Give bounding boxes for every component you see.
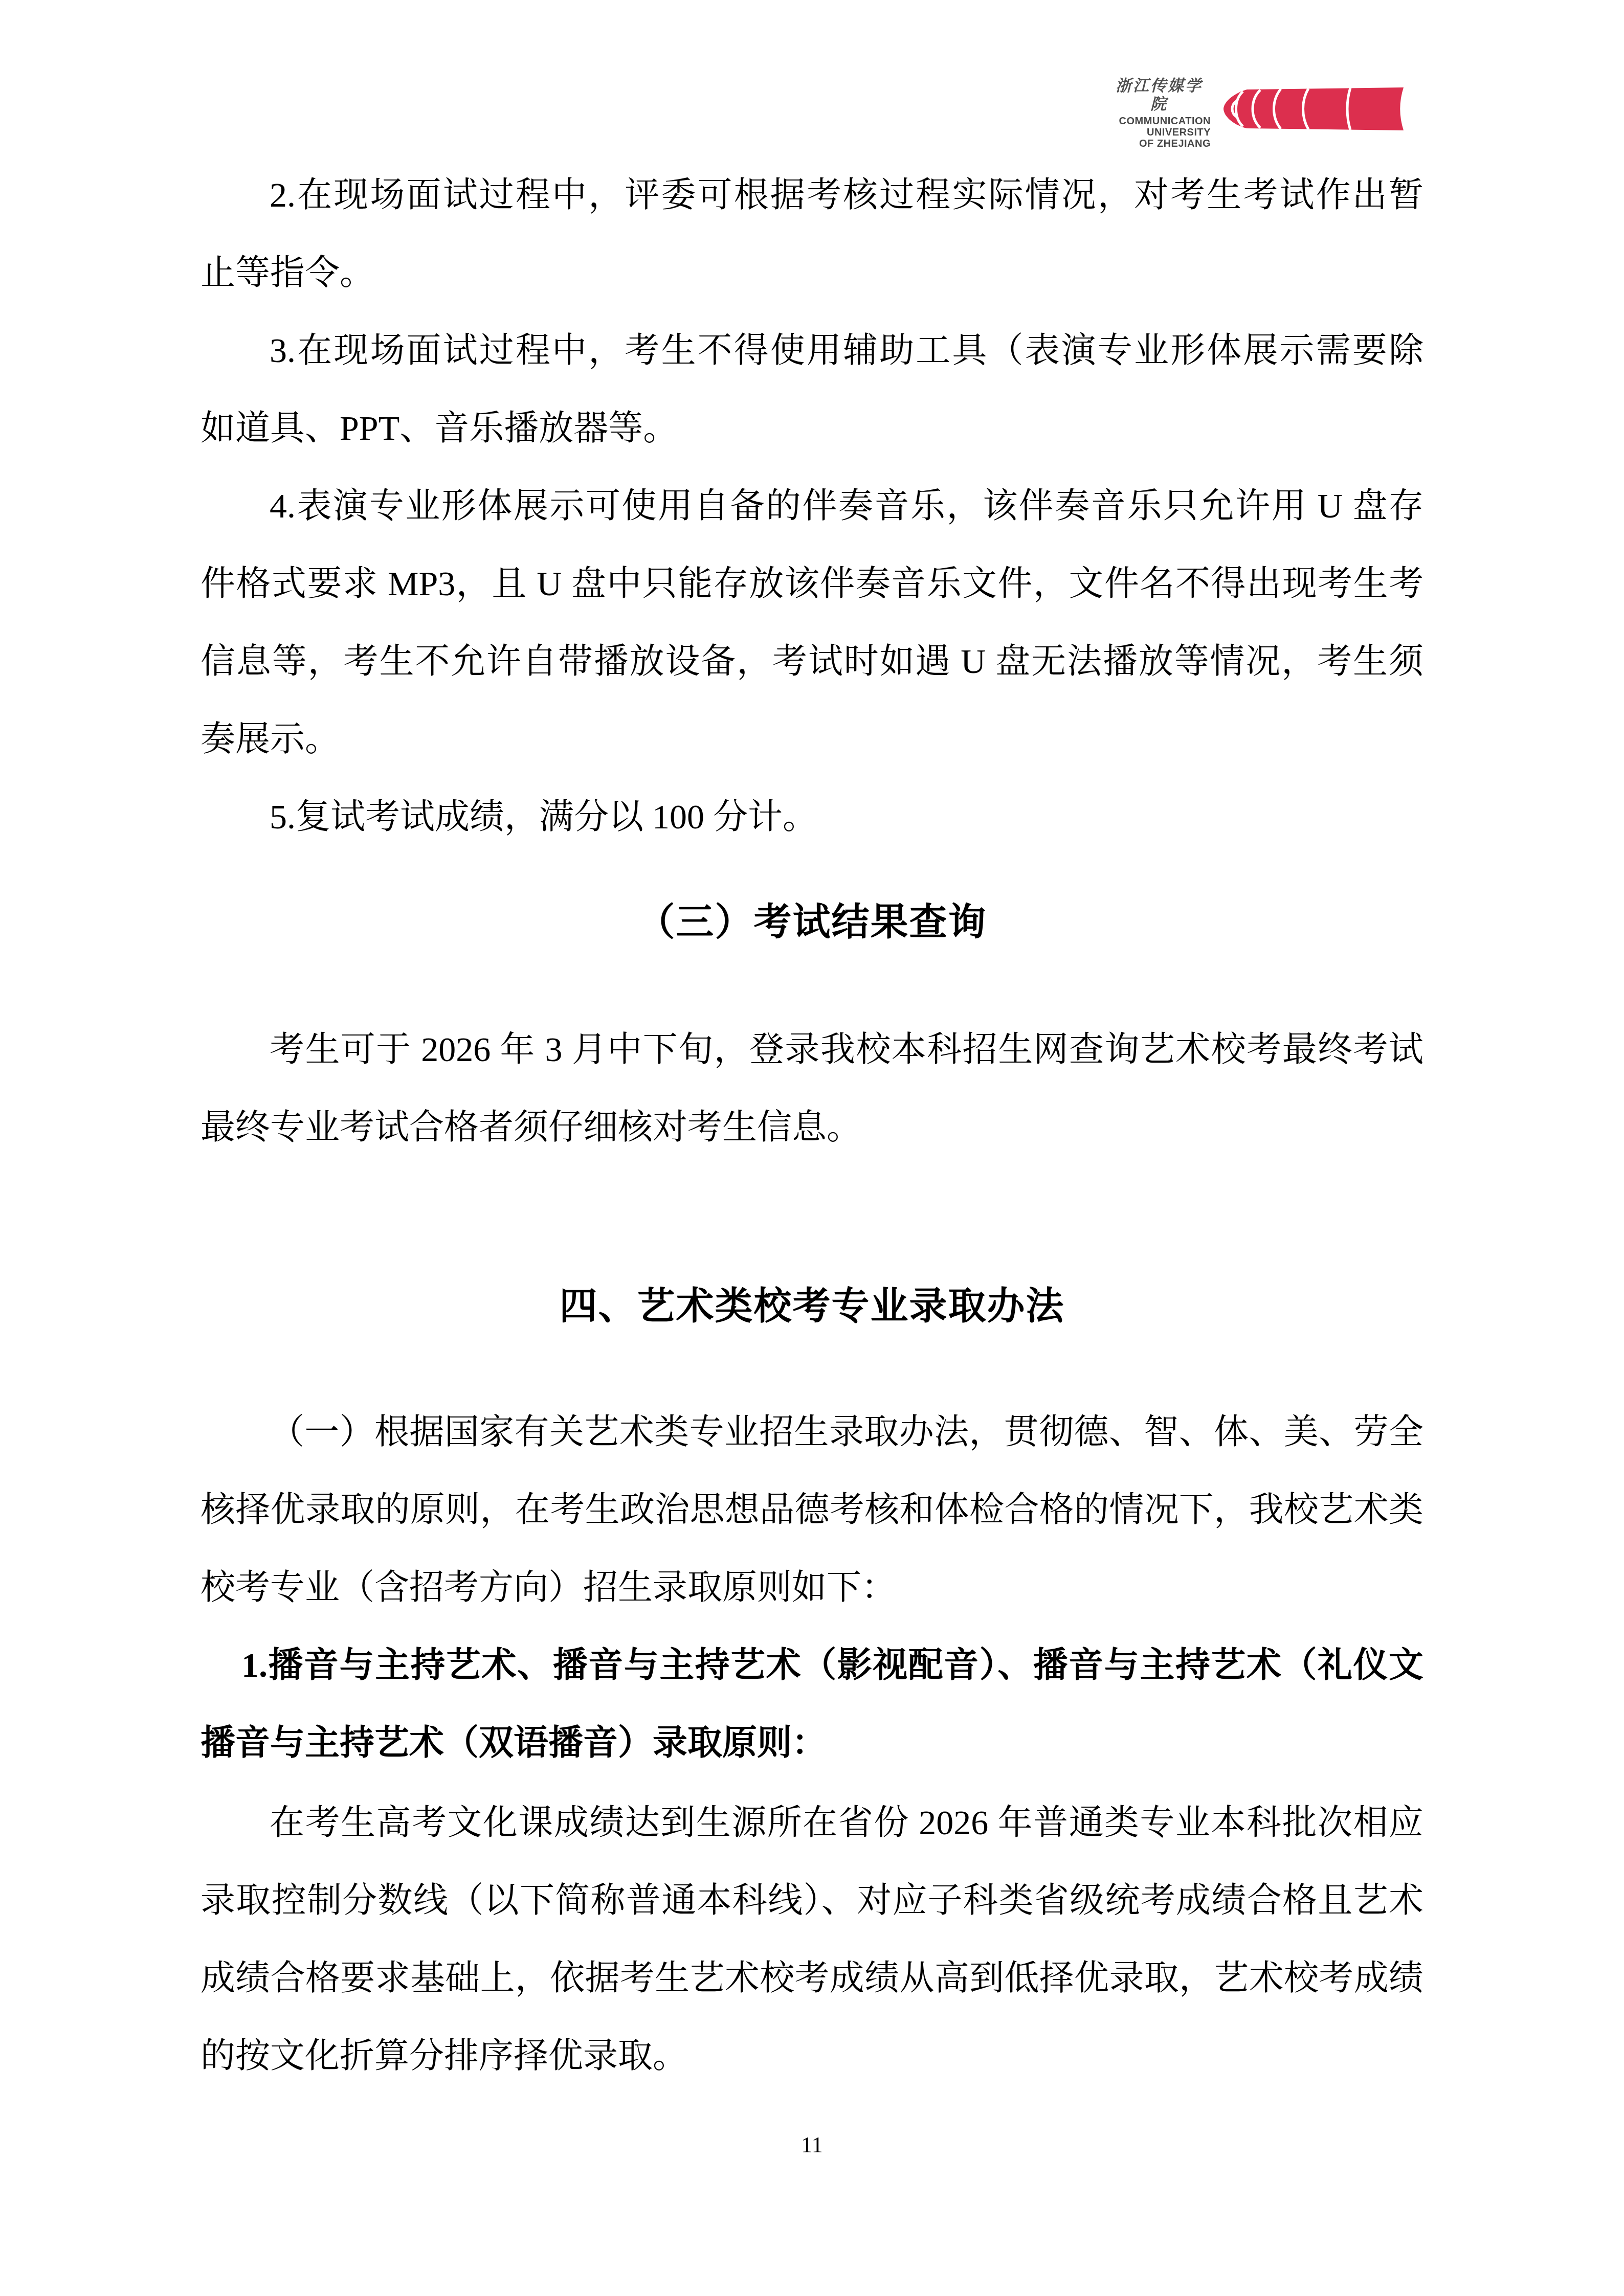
text-line: 件格式要求 MP3，且 U 盘中只能存放该伴奏音乐文件，文件名不得出现考生考试身…	[201, 545, 1423, 622]
text-line: 核择优录取的原则，在考生政治思想品德考核和体检合格的情况下，我校艺术类本科	[201, 1471, 1423, 1548]
text-line-bold: 1.播音与主持艺术、播音与主持艺术（影视配音）、播音与主持艺术（礼仪文化）、	[201, 1626, 1423, 1704]
text-line: 信息等，考生不允许自带播放设备，考试时如遇 U 盘无法播放等情况，考生须做无伴	[201, 622, 1423, 700]
text-line: （一）根据国家有关艺术类专业招生录取办法，贯彻德、智、体、美、劳全面考	[201, 1393, 1423, 1471]
text-line: 录取控制分数线（以下简称普通本科线）、对应子科类省级统考成绩合格且艺术校考	[201, 1861, 1423, 1939]
text-line: 最终专业考试合格者须仔细核对考生信息。	[201, 1088, 1423, 1166]
university-name-english-line: UNIVERSITY	[1107, 127, 1211, 138]
university-name-english-line: OF ZHEJIANG	[1107, 138, 1211, 149]
text-line: 止等指令。	[201, 234, 1423, 311]
page-number: 11	[0, 2130, 1624, 2160]
university-logo: 浙江传媒学院 COMMUNICATION UNIVERSITY OF ZHEJI…	[1107, 77, 1414, 148]
section-heading-exam-result-query: （三）考试结果查询	[201, 896, 1423, 948]
text-line: 的按文化折算分排序择优录取。	[201, 2017, 1423, 2095]
text-line: 5.复试考试成绩，满分以 100 分计。	[201, 778, 1423, 856]
text-line: 考生可于 2026 年 3 月中下旬，登录我校本科招生网查询艺术校考最终考试结果…	[201, 1010, 1423, 1088]
document-body: 2.在现场面试过程中，评委可根据考核过程实际情况，对考生考试作出暂停、终 止等指…	[201, 156, 1423, 2095]
university-name-english-line: COMMUNICATION	[1107, 116, 1211, 127]
soundwave-logo-icon	[1220, 83, 1411, 134]
text-line: 成绩合格要求基础上，依据考生艺术校考成绩从高到低择优录取，艺术校考成绩并列	[201, 1939, 1423, 2017]
university-name-chinese: 浙江传媒学院	[1107, 77, 1211, 114]
text-line: 如道具、PPT、音乐播放器等。	[201, 389, 1423, 467]
text-line: 3.在现场面试过程中，考生不得使用辅助工具（表演专业形体展示需要除外），	[201, 311, 1423, 389]
text-line: 在考生高考文化课成绩达到生源所在省份 2026 年普通类专业本科批次相应科类	[201, 1784, 1423, 1861]
section-heading-admission-rules: 四、艺术类校考专业录取办法	[201, 1280, 1423, 1332]
text-line: 2.在现场面试过程中，评委可根据考核过程实际情况，对考生考试作出暂停、终	[201, 156, 1423, 234]
text-line: 奏展示。	[201, 700, 1423, 778]
text-line: 校考专业（含招考方向）招生录取原则如下：	[201, 1548, 1423, 1626]
text-line-bold: 播音与主持艺术（双语播音）录取原则：	[201, 1704, 1423, 1782]
text-line: 4.表演专业形体展示可使用自备的伴奏音乐，该伴奏音乐只允许用 U 盘存放，文	[201, 467, 1423, 545]
university-name-english: COMMUNICATION UNIVERSITY OF ZHEJIANG	[1107, 116, 1211, 149]
document-page: 浙江传媒学院 COMMUNICATION UNIVERSITY OF ZHEJI…	[0, 0, 1624, 2296]
